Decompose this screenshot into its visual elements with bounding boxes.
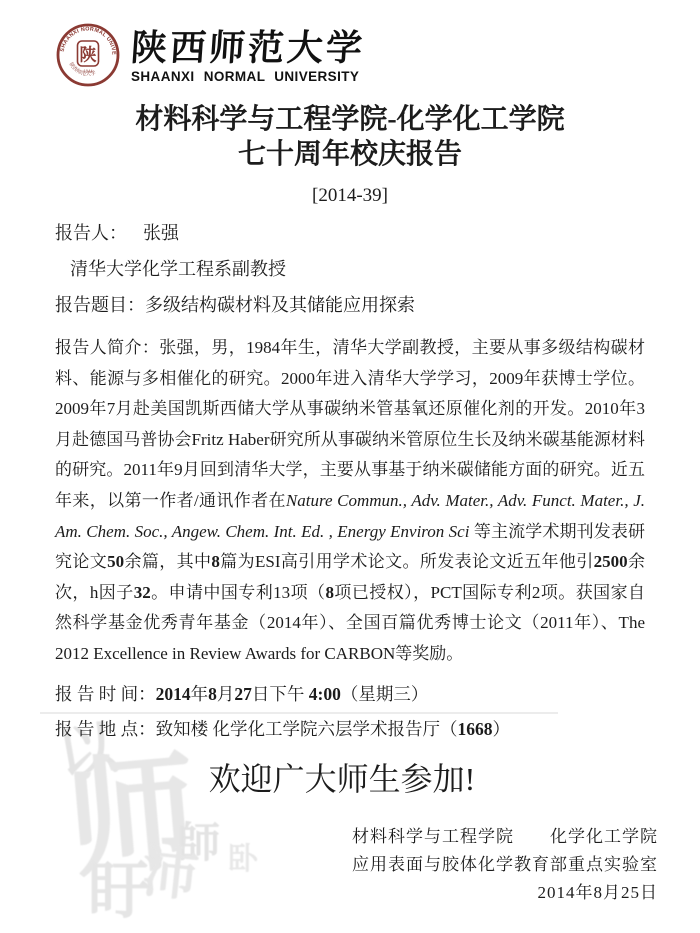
schedule-time-value: 2014年8月27日下午 4:00（星期三） [156,684,429,704]
university-name-calligraphy: 陕西师范大学 [130,28,367,68]
schedule-block: 报 告 时 间：2014年8月27日下午 4:00（星期三） 报 告 地 点：致… [55,677,645,747]
schedule-place-value: 致知楼 化学化工学院六层学术报告厅（1668） [156,719,510,739]
speaker-label: 报告人： [55,223,127,243]
scan-artifact-line [40,712,558,714]
text-run: 2014 [156,684,191,704]
text-run: 年 [191,684,209,704]
text-run: 余篇，其中 [124,552,211,571]
text-run: 1668 [458,719,493,739]
text-run: 月 [217,684,235,704]
text-run: 。申请中国专利13项（ [151,583,326,602]
text-run: 50 [107,552,124,571]
speaker-name: 张强 [143,223,179,243]
topic-row: 报告题目：多级结构碳材料及其储能应用探索 [0,294,700,316]
university-name-block: 陕西师范大学 SHAANXI NORMAL UNIVERSITY [131,28,365,84]
text-run: 8 [211,552,220,571]
announcement-document: SHAANXI NORMAL UNIVERSITY 陕西师范大学 陕 1944 … [0,0,700,907]
footer-org-line-1: 材料科学与工程学院 化学化工学院 [0,823,658,851]
schedule-time-row: 报 告 时 间：2014年8月27日下午 4:00（星期三） [55,677,645,712]
footer-date: 2014年8月25日 [0,879,658,907]
seal-founding-year: 1944 [83,69,93,74]
text-run: （星期三） [341,684,429,704]
text-run: 27 [234,684,252,704]
university-name-latin: SHAANXI NORMAL UNIVERSITY [131,69,365,84]
issue-number: [2014-39] [0,185,700,207]
text-run: 日下午 [252,684,309,704]
speaker-affiliation: 清华大学化学工程系副教授 [0,258,700,280]
seal-center-character: 陕 [80,45,97,65]
text-run: ） [493,719,511,739]
schedule-time-label: 报 告 时 间： [55,684,156,704]
topic-value: 多级结构碳材料及其储能应用探索 [145,295,415,315]
text-run: 32 [134,583,151,602]
text-run: 报告人简介：张强，男，1984年生，清华大学副教授，主要从事多级结构碳材料、能源… [55,338,645,510]
page-title-line-1: 材料科学与工程学院-化学化工学院 [0,102,700,137]
welcome-text: 欢迎广大师生参加! [0,759,692,799]
university-seal-icon: SHAANXI NORMAL UNIVERSITY 陕西师范大学 陕 1944 [55,22,121,88]
schedule-place-row: 报 告 地 点：致知楼 化学化工学院六层学术报告厅（1668） [55,712,645,747]
text-run: 2500 [594,552,628,571]
text-run: 致知楼 化学化工学院六层学术报告厅（ [156,719,458,739]
speaker-row: 报告人：张强 [0,222,700,244]
text-run: 8 [208,684,217,704]
page-root: { "logo": { "seal_color": "#8b3a33", "se… [0,0,700,933]
footer-signature-block: 材料科学与工程学院 化学化工学院 应用表面与胶体化学教育部重点实验室 2014年… [0,823,700,907]
topic-label: 报告题目： [55,295,145,315]
page-title-line-2: 七十周年校庆报告 [0,137,700,172]
text-run: 8 [325,583,334,602]
footer-org-line-2: 应用表面与胶体化学教育部重点实验室 [0,851,658,879]
text-run: 4:00 [309,684,341,704]
page-title: 材料科学与工程学院-化学化工学院 七十周年校庆报告 [0,102,700,172]
university-logo: SHAANXI NORMAL UNIVERSITY 陕西师范大学 陕 1944 … [0,0,700,88]
speaker-bio-paragraph: 报告人简介：张强，男，1984年生，清华大学副教授，主要从事多级结构碳材料、能源… [55,333,645,670]
schedule-place-label: 报 告 地 点： [55,719,156,739]
text-run: 篇为ESI高引用学术论文。所发表论文近五年他引 [220,552,594,571]
